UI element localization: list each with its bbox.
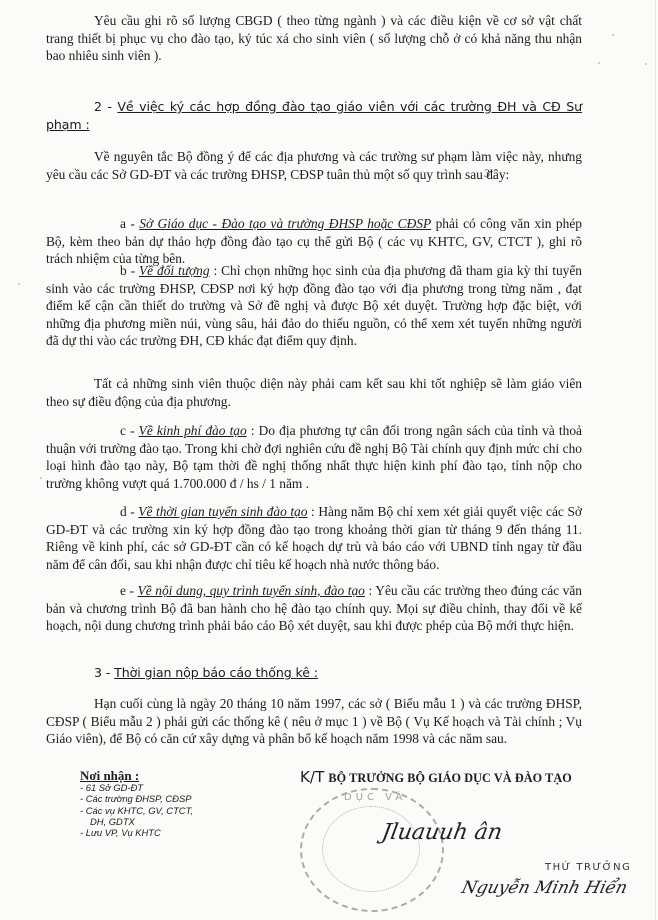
scanned-document-page: Yêu cầu ghi rõ số lượng CBGD ( theo từng…: [0, 0, 658, 920]
item-a-heading: Sở Giáo dục - Đào tạo và trường ĐHSP hoặ…: [139, 216, 431, 231]
recipient-item: - Các trường ĐHSP, CĐSP: [80, 793, 280, 804]
scan-speck: [598, 62, 600, 64]
item-b-heading: Về đối tượng: [139, 263, 210, 278]
recipient-item: DH, GDTX: [80, 816, 280, 827]
section-2-intro: Về nguyên tắc Bộ đồng ý để các địa phươn…: [46, 148, 582, 183]
commitment-paragraph: Tất cả những sinh viên thuộc diện này ph…: [46, 375, 582, 410]
section-2-number: 2 -: [94, 99, 117, 114]
handwritten-signature: Jluauuh ân: [380, 820, 504, 845]
item-a: a - Sở Giáo dục - Đào tạo và trường ĐHSP…: [46, 215, 582, 268]
seal-text: DỤC VÀ: [344, 792, 406, 803]
recipients-title: Nơi nhận :: [80, 770, 280, 781]
item-c: c - Về kinh phí đào tạo : Do địa phương …: [46, 422, 582, 492]
section-3-title: Thời gian nộp báo cáo thống kê :: [114, 665, 318, 680]
section-3-number: 3 -: [94, 665, 114, 680]
official-seal: DỤC VÀ: [300, 788, 444, 912]
signatory-title: K/TBỘ TRƯỞNG BỘ GIÁO DỤC VÀ ĐÀO TẠO: [300, 768, 572, 786]
section-2-title: Về việc ký các hợp đồng đào tạo giáo viê…: [46, 99, 582, 132]
kt-mark: K/T: [300, 768, 324, 786]
recipient-item: - Các vụ KHTC, GV, CTCT,: [80, 805, 280, 816]
item-e: e - Về nội dung, quy trình tuyển sinh, đ…: [46, 582, 582, 635]
recipients-block: Nơi nhận : - 61 Sở GD-ĐT - Các trường ĐH…: [80, 770, 280, 838]
item-d: d - Về thời gian tuyển sinh đào tạo : Hà…: [46, 503, 582, 573]
recipient-item: - Lưu VP, Vụ KHTC: [80, 827, 280, 838]
page-number: 3: [484, 166, 490, 181]
signatory-position: THỨ TRƯỞNG: [545, 862, 631, 873]
ministry-title: BỘ TRƯỞNG BỘ GIÁO DỤC VÀ ĐÀO TẠO: [328, 771, 571, 785]
scan-speck: [40, 477, 42, 479]
item-d-heading: Về thời gian tuyển sinh đào tạo: [138, 504, 307, 519]
seal-inner-ring: [322, 806, 420, 892]
page-edge: [655, 0, 656, 920]
recipient-item: - 61 Sở GD-ĐT: [80, 782, 280, 793]
item-b: b - Về đối tượng : Chỉ chọn những học si…: [46, 262, 582, 350]
scan-speck: [18, 283, 20, 285]
scan-speck: [612, 34, 614, 36]
intro-paragraph: Yêu cầu ghi rõ số lượng CBGD ( theo từng…: [46, 12, 582, 65]
section-3-heading: 3 - Thời gian nộp báo cáo thống kê :: [46, 664, 582, 682]
section-2-heading: 2 - Về việc ký các hợp đồng đào tạo giáo…: [46, 98, 582, 133]
item-e-heading: Về nội dung, quy trình tuyển sinh, đào t…: [138, 583, 365, 598]
item-c-heading: Về kinh phí đào tạo: [139, 423, 247, 438]
section-3-body: Hạn cuối cùng là ngày 20 tháng 10 năm 19…: [46, 695, 582, 748]
scan-speck: [645, 63, 647, 65]
signatory-name: Nguyễn Minh Hiển: [460, 878, 630, 898]
